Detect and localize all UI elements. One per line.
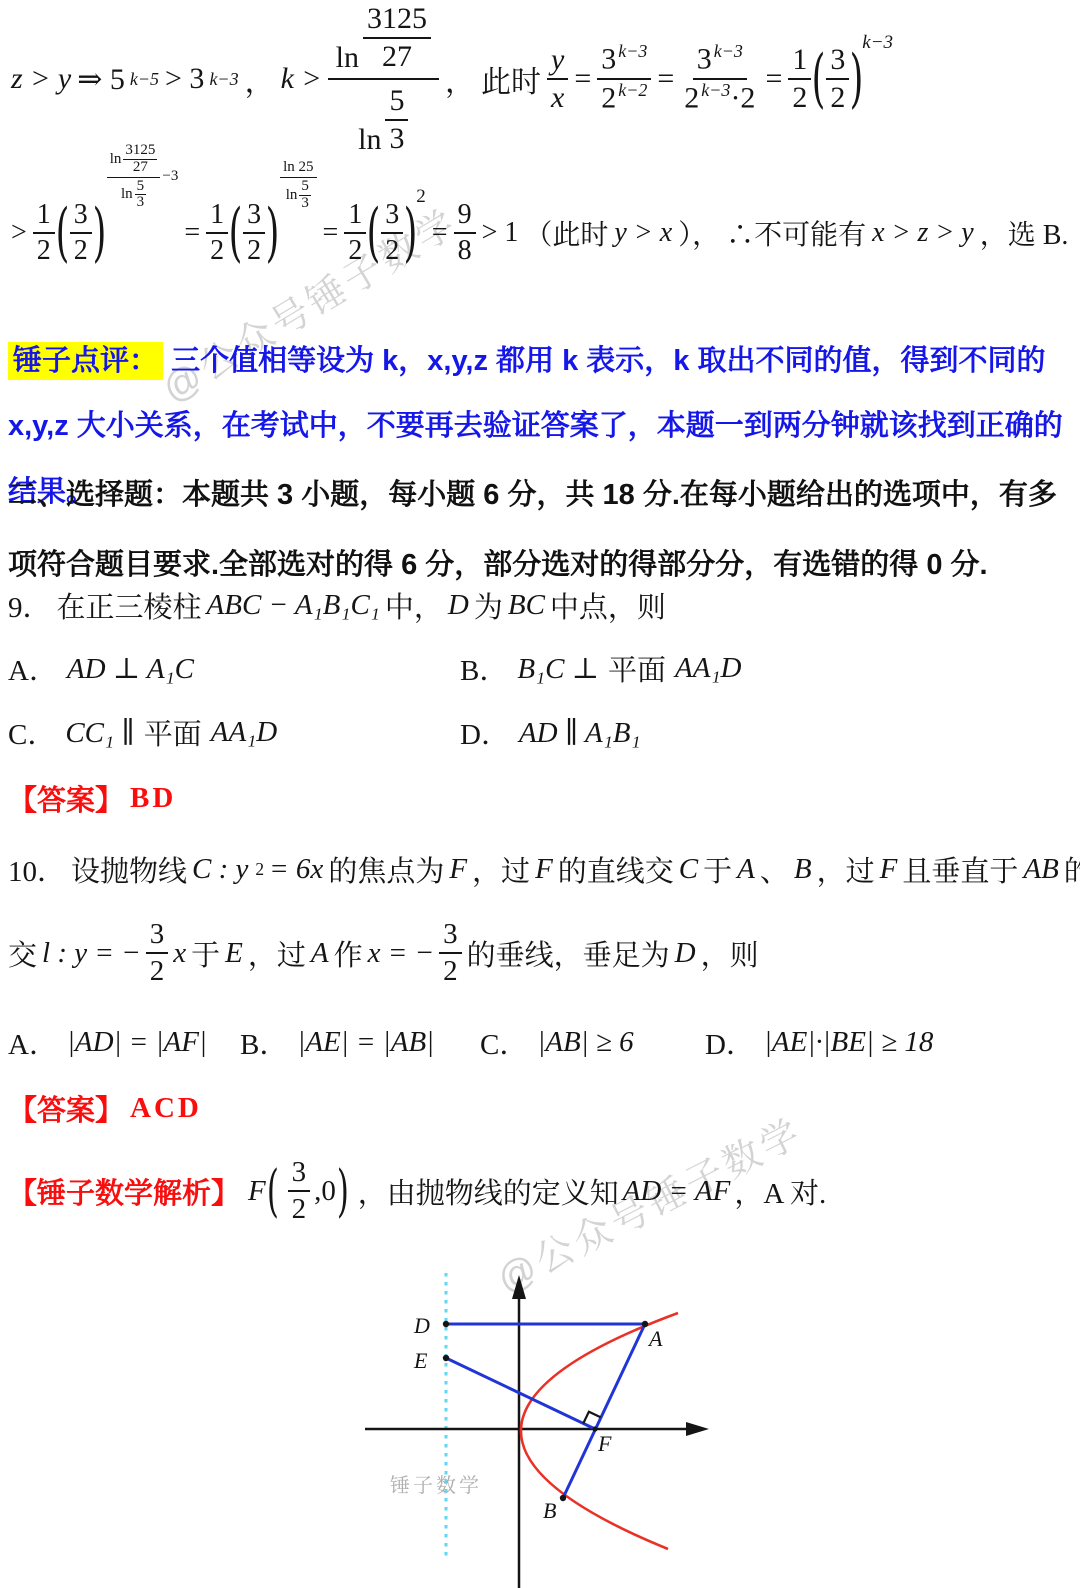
exponent: 2: [255, 859, 264, 880]
x-axis-arrow: [686, 1422, 709, 1436]
exponent-fraction: ln 312527 ln 53 −3: [107, 142, 179, 212]
fraction: ln 25 ln 53: [280, 158, 316, 213]
fraction: 3k−3 2k−2: [597, 41, 651, 116]
analysis-label: 【锤子数学解析】: [8, 1171, 240, 1212]
fraction-numerator: 1: [788, 42, 811, 80]
q9-option-b: B． B₁C ⊥ 平面 AA₁D: [460, 648, 751, 689]
left-paren: (: [229, 196, 243, 270]
math-token: ⇒ 5: [77, 62, 125, 97]
math-token: ABC − A₁B₁C₁: [207, 589, 380, 622]
option-label: A．: [8, 1022, 58, 1063]
chinese-text: ，选 B.: [980, 213, 1069, 253]
math-token: D: [675, 937, 696, 970]
fraction: ln 312527 ln 53: [107, 142, 161, 212]
option-label: D．: [460, 712, 510, 753]
fraction-numerator: 3: [146, 917, 169, 954]
math-token: = 6x: [269, 853, 323, 886]
fraction-numerator: ln 3125 27: [328, 0, 439, 80]
fraction-denominator: 2: [826, 80, 849, 116]
option-math: AD ∥ A₁B₁: [519, 715, 641, 750]
right-paren: ): [92, 196, 106, 270]
section-heading: 二、选择题：本题共 3 小题，每小题 6 分，共 18 分.在每小题给出的选项中…: [8, 461, 1074, 600]
math-token: E: [225, 937, 243, 970]
fraction-denominator: x: [547, 80, 568, 116]
option-label: C．: [480, 1022, 528, 1063]
fraction: 3 2: [288, 1155, 311, 1227]
right-paren: ): [337, 1159, 349, 1224]
math-token: F: [535, 853, 553, 886]
right-paren: ): [266, 196, 280, 270]
fraction-denominator: 2: [33, 234, 55, 268]
exponent: k−2: [618, 80, 647, 100]
math-token: BC: [508, 589, 545, 622]
option-math: B₁C ⊥: [517, 651, 599, 686]
chinese-text: ，A 对.: [734, 1171, 826, 1212]
fraction-numerator: 1: [344, 198, 366, 234]
math-token: > 3: [165, 62, 204, 96]
q9-option-a: A． AD ⊥ A₁C: [8, 648, 203, 689]
point-label-A: A: [647, 1326, 663, 1351]
math-token: x: [173, 937, 186, 970]
exponent: k−3: [701, 80, 730, 100]
option-label: D．: [705, 1022, 755, 1063]
fraction-numerator: 1: [33, 198, 55, 234]
option-math: AA₁D: [211, 716, 277, 749]
formula-line-2: > 1 2 ( 3 2 ) ln 312527 ln 53 −3 =: [8, 162, 1071, 304]
option-math: |AE|·|BE| ≥ 18: [764, 1026, 933, 1059]
fraction-denominator: ln 53: [283, 178, 314, 213]
option-math: |AD| = |AF|: [67, 1026, 207, 1059]
q10-option-a: A． |AD| = |AF|: [8, 1022, 216, 1063]
chinese-text: （此时: [524, 213, 608, 253]
fraction-numerator: ln 25: [280, 158, 316, 178]
fraction: 3 2: [243, 198, 265, 267]
greater-sign: >: [11, 217, 27, 249]
fraction-numerator: 5: [385, 83, 408, 121]
chinese-text: ，过: [248, 933, 306, 974]
chinese-text: 的焦点为: [328, 849, 444, 890]
math-token: F: [880, 853, 898, 886]
fraction-denominator: ln 53: [118, 178, 149, 213]
fraction-numerator: 1: [206, 198, 228, 234]
fraction: y x: [547, 42, 568, 116]
fraction-denominator: 2: [288, 1192, 311, 1227]
equals-sign: =: [657, 62, 674, 96]
chinese-text: 平面: [608, 648, 666, 689]
fraction-denominator: 2k−3·2: [680, 80, 759, 117]
chinese-text: ，由抛物线的定义知: [358, 1171, 619, 1212]
point-dot-F: [592, 1426, 597, 1431]
point-dot-B: [560, 1495, 566, 1501]
q9-options-row-2: C． CC₁ ∥ 平面 AA₁D D． AD ∥ A₁B₁: [0, 712, 1080, 758]
option-math: |AE| = |AB|: [297, 1026, 434, 1059]
fraction: 53: [299, 179, 311, 212]
fraction: 3 2: [146, 917, 169, 989]
question-number: 9．: [8, 585, 52, 626]
point-dot-A: [642, 1321, 648, 1327]
left-paren: (: [812, 42, 826, 116]
question-number: 10．: [8, 849, 66, 890]
q9-options-row-1: A． AD ⊥ A₁C B． B₁C ⊥ 平面 AA₁D: [0, 648, 1080, 694]
math-token: y > x: [614, 217, 672, 249]
q10-analysis-line: 【锤子数学解析】 F ( 3 2 ,0 ) ，由抛物线的定义知 AD = AF …: [8, 1138, 830, 1244]
q10-answer: 【答案】 ACD: [8, 1088, 202, 1129]
chinese-text: ∴不可能有: [726, 213, 866, 253]
formula-line-1: z > y ⇒ 5 k−5 > 3 k−3 ， k > ln 3125 27 l…: [8, 0, 896, 158]
chinese-text: 交: [8, 933, 37, 974]
fraction: 9 8: [454, 198, 476, 267]
fraction: 5 3: [385, 83, 408, 157]
chinese-text: ，过: [472, 849, 530, 890]
q9-answer: 【答案】 BD: [8, 778, 176, 819]
question-10-stem-line-2: 交 l : y = − 3 2 x 于 E ，过 A 作 x = − 3 2 的…: [8, 900, 764, 1006]
chinese-text: 于: [191, 933, 220, 974]
fraction-numerator: y: [547, 42, 568, 80]
fraction-numerator: 3k−3: [597, 41, 651, 80]
fraction: 3125 27: [363, 1, 431, 75]
math-token: l : y = −: [42, 937, 141, 970]
segment-AB-through-F: [563, 1324, 645, 1498]
question-10-stem-line-1: 10． 设抛物线 C : y 2 = 6x 的焦点为 F ，过 F 的直线交 C…: [8, 846, 1080, 892]
fraction-numerator: 9: [454, 198, 476, 234]
equals-sign: =: [574, 62, 591, 96]
point-label-E: E: [413, 1348, 428, 1373]
chinese-text: 且垂直于: [902, 849, 1018, 890]
math-token: x > z > y: [872, 217, 974, 249]
answer-letters: ACD: [130, 1092, 202, 1125]
exponent: 2: [416, 186, 426, 208]
fraction: 3k−3 2k−3·2: [680, 41, 759, 116]
answer-label: 【答案】: [8, 778, 124, 819]
math-token: A: [311, 937, 329, 970]
q10-options-row: A． |AD| = |AF| B． |AE| = |AB| C． |AB| ≥ …: [0, 1022, 1080, 1068]
fraction-numerator: 3k−3: [693, 41, 747, 80]
q10-option-c: C． |AB| ≥ 6: [480, 1022, 643, 1063]
math-token: C: [679, 853, 698, 886]
fraction-denominator: 3: [385, 121, 408, 157]
fraction: 53: [135, 179, 147, 212]
fraction-numerator: 3: [439, 917, 462, 954]
fraction-denominator: ln 5 3: [350, 80, 416, 160]
fraction-denominator: 2: [344, 234, 366, 268]
question-9-stem: 9． 在正三棱柱 ABC − A₁B₁C₁ 中， D 为 BC 中点，则: [8, 582, 671, 628]
fraction: 1 2: [788, 42, 811, 116]
fraction-numerator: 3: [288, 1155, 311, 1192]
option-math: CC₁ ∥: [65, 715, 134, 750]
fraction: 3 2: [381, 198, 403, 267]
equals-sign: =: [184, 217, 200, 249]
math-token: x = −: [368, 937, 435, 970]
fraction-denominator: 2: [146, 954, 169, 989]
fraction-denominator: 2: [381, 234, 403, 268]
point-dot-D: [443, 1321, 449, 1327]
chinese-text: 在正三棱柱: [57, 585, 202, 626]
minus-term: −3: [162, 168, 178, 185]
fraction-denominator: 27: [378, 39, 416, 75]
comma: ，: [445, 57, 475, 101]
fraction-numerator: 3: [826, 42, 849, 80]
figure-watermark: 锤子数学: [390, 1474, 482, 1497]
chinese-text: 、: [760, 849, 789, 890]
q9-option-c: C． CC₁ ∥ 平面 AA₁D: [8, 712, 286, 753]
exponent-fraction: ln 25 ln 53: [280, 158, 316, 213]
exponent: k−5: [130, 69, 159, 90]
option-math: AD ⊥ A₁C: [67, 651, 194, 686]
parabola-figure: D E A F B 锤子数学: [340, 1245, 740, 1588]
exponent: k−3: [618, 41, 647, 61]
math-token: F: [248, 1175, 266, 1208]
fraction-numerator: 3125: [363, 1, 431, 39]
option-label: C．: [8, 712, 56, 753]
fraction-denominator: 2k−2: [597, 80, 651, 117]
fraction-numerator: 3: [243, 198, 265, 234]
fraction: 312527: [123, 143, 157, 176]
chinese-text: 作: [334, 933, 363, 974]
exponent: k−3: [714, 41, 743, 61]
answer-label: 【答案】: [8, 1088, 124, 1129]
fraction-denominator: 2: [243, 234, 265, 268]
chinese-text: ，过: [817, 849, 875, 890]
q9-option-d: D． AD ∥ A₁B₁: [460, 712, 650, 753]
fraction-denominator: 2: [206, 234, 228, 268]
ln-symbol: ln: [358, 123, 381, 157]
math-token: A: [737, 853, 755, 886]
math-token: > 1: [482, 217, 519, 249]
fraction-denominator: 8: [454, 234, 476, 268]
fraction: 3 2: [826, 42, 849, 116]
option-math: AA₁D: [675, 652, 741, 685]
document-page: @公众号锤子数学 @公众号锤子数学 z > y ⇒ 5 k−5 > 3 k−3 …: [0, 0, 1080, 1588]
math-token: ,0: [314, 1175, 336, 1208]
point-label-D: D: [413, 1313, 430, 1338]
exponent: k−3: [209, 69, 238, 90]
chinese-text: 的直线交: [558, 849, 674, 890]
equals-sign: =: [432, 217, 448, 249]
option-label: B．: [240, 1022, 288, 1063]
equals-sign: =: [323, 217, 339, 249]
math-token: C : y: [192, 853, 248, 886]
log-fraction: ln 3125 27 ln 5 3: [328, 0, 439, 160]
point-dot-E: [443, 1355, 449, 1361]
y-axis-arrow: [512, 1275, 526, 1299]
answer-letters: BD: [130, 782, 176, 815]
equals-sign: =: [765, 62, 782, 96]
fraction: 1 2: [206, 198, 228, 267]
fraction-denominator: 2: [439, 954, 462, 989]
comment-label-highlighted: 锤子点评：: [8, 342, 163, 380]
chinese-text: 设抛物线: [71, 849, 187, 890]
fraction-numerator: 3: [381, 198, 403, 234]
fraction: 3 2: [439, 917, 462, 989]
q10-option-d: D． |AE|·|BE| ≥ 18: [705, 1022, 942, 1063]
ln-symbol: ln: [336, 41, 359, 75]
chinese-text: ），: [678, 213, 720, 253]
chinese-text: 中点，则: [550, 585, 666, 626]
math-token: F: [449, 853, 467, 886]
point-label-F: F: [597, 1431, 612, 1456]
left-paren: (: [367, 196, 381, 270]
fraction: 1 2: [344, 198, 366, 267]
math-token: AD = AF: [623, 1175, 731, 1208]
chinese-text: 的直线: [1064, 849, 1080, 890]
fraction: 1 2: [33, 198, 55, 267]
math-token: D: [448, 589, 469, 622]
chinese-text: 为: [474, 585, 503, 626]
option-label: A．: [8, 648, 58, 689]
fraction-numerator: ln 312527: [107, 142, 161, 178]
option-label: B．: [460, 648, 508, 689]
fraction-denominator: 2: [70, 234, 92, 268]
fraction-numerator: 3: [70, 198, 92, 234]
chinese-text: 的垂线，垂足为: [467, 933, 670, 974]
left-paren: (: [267, 1159, 279, 1224]
comma: ，: [245, 57, 275, 101]
point-label-B: B: [543, 1498, 556, 1523]
fraction: 3 2: [70, 198, 92, 267]
math-token: AB: [1023, 853, 1058, 886]
option-math: |AB| ≥ 6: [537, 1026, 633, 1059]
math-token: B: [794, 853, 812, 886]
chinese-text: 平面: [144, 712, 202, 753]
math-token: k >: [281, 62, 322, 96]
segment-EF: [446, 1358, 595, 1429]
chinese-text: 此时: [481, 57, 541, 101]
chinese-text: ，则: [701, 933, 759, 974]
left-paren: (: [55, 196, 69, 270]
fraction-denominator: 2: [788, 80, 811, 116]
math-token: z > y: [11, 62, 71, 96]
q10-option-b: B． |AE| = |AB|: [240, 1022, 443, 1063]
exponent: k−3: [862, 32, 893, 54]
chinese-text: 于: [703, 849, 732, 890]
chinese-text: 中，: [385, 585, 443, 626]
